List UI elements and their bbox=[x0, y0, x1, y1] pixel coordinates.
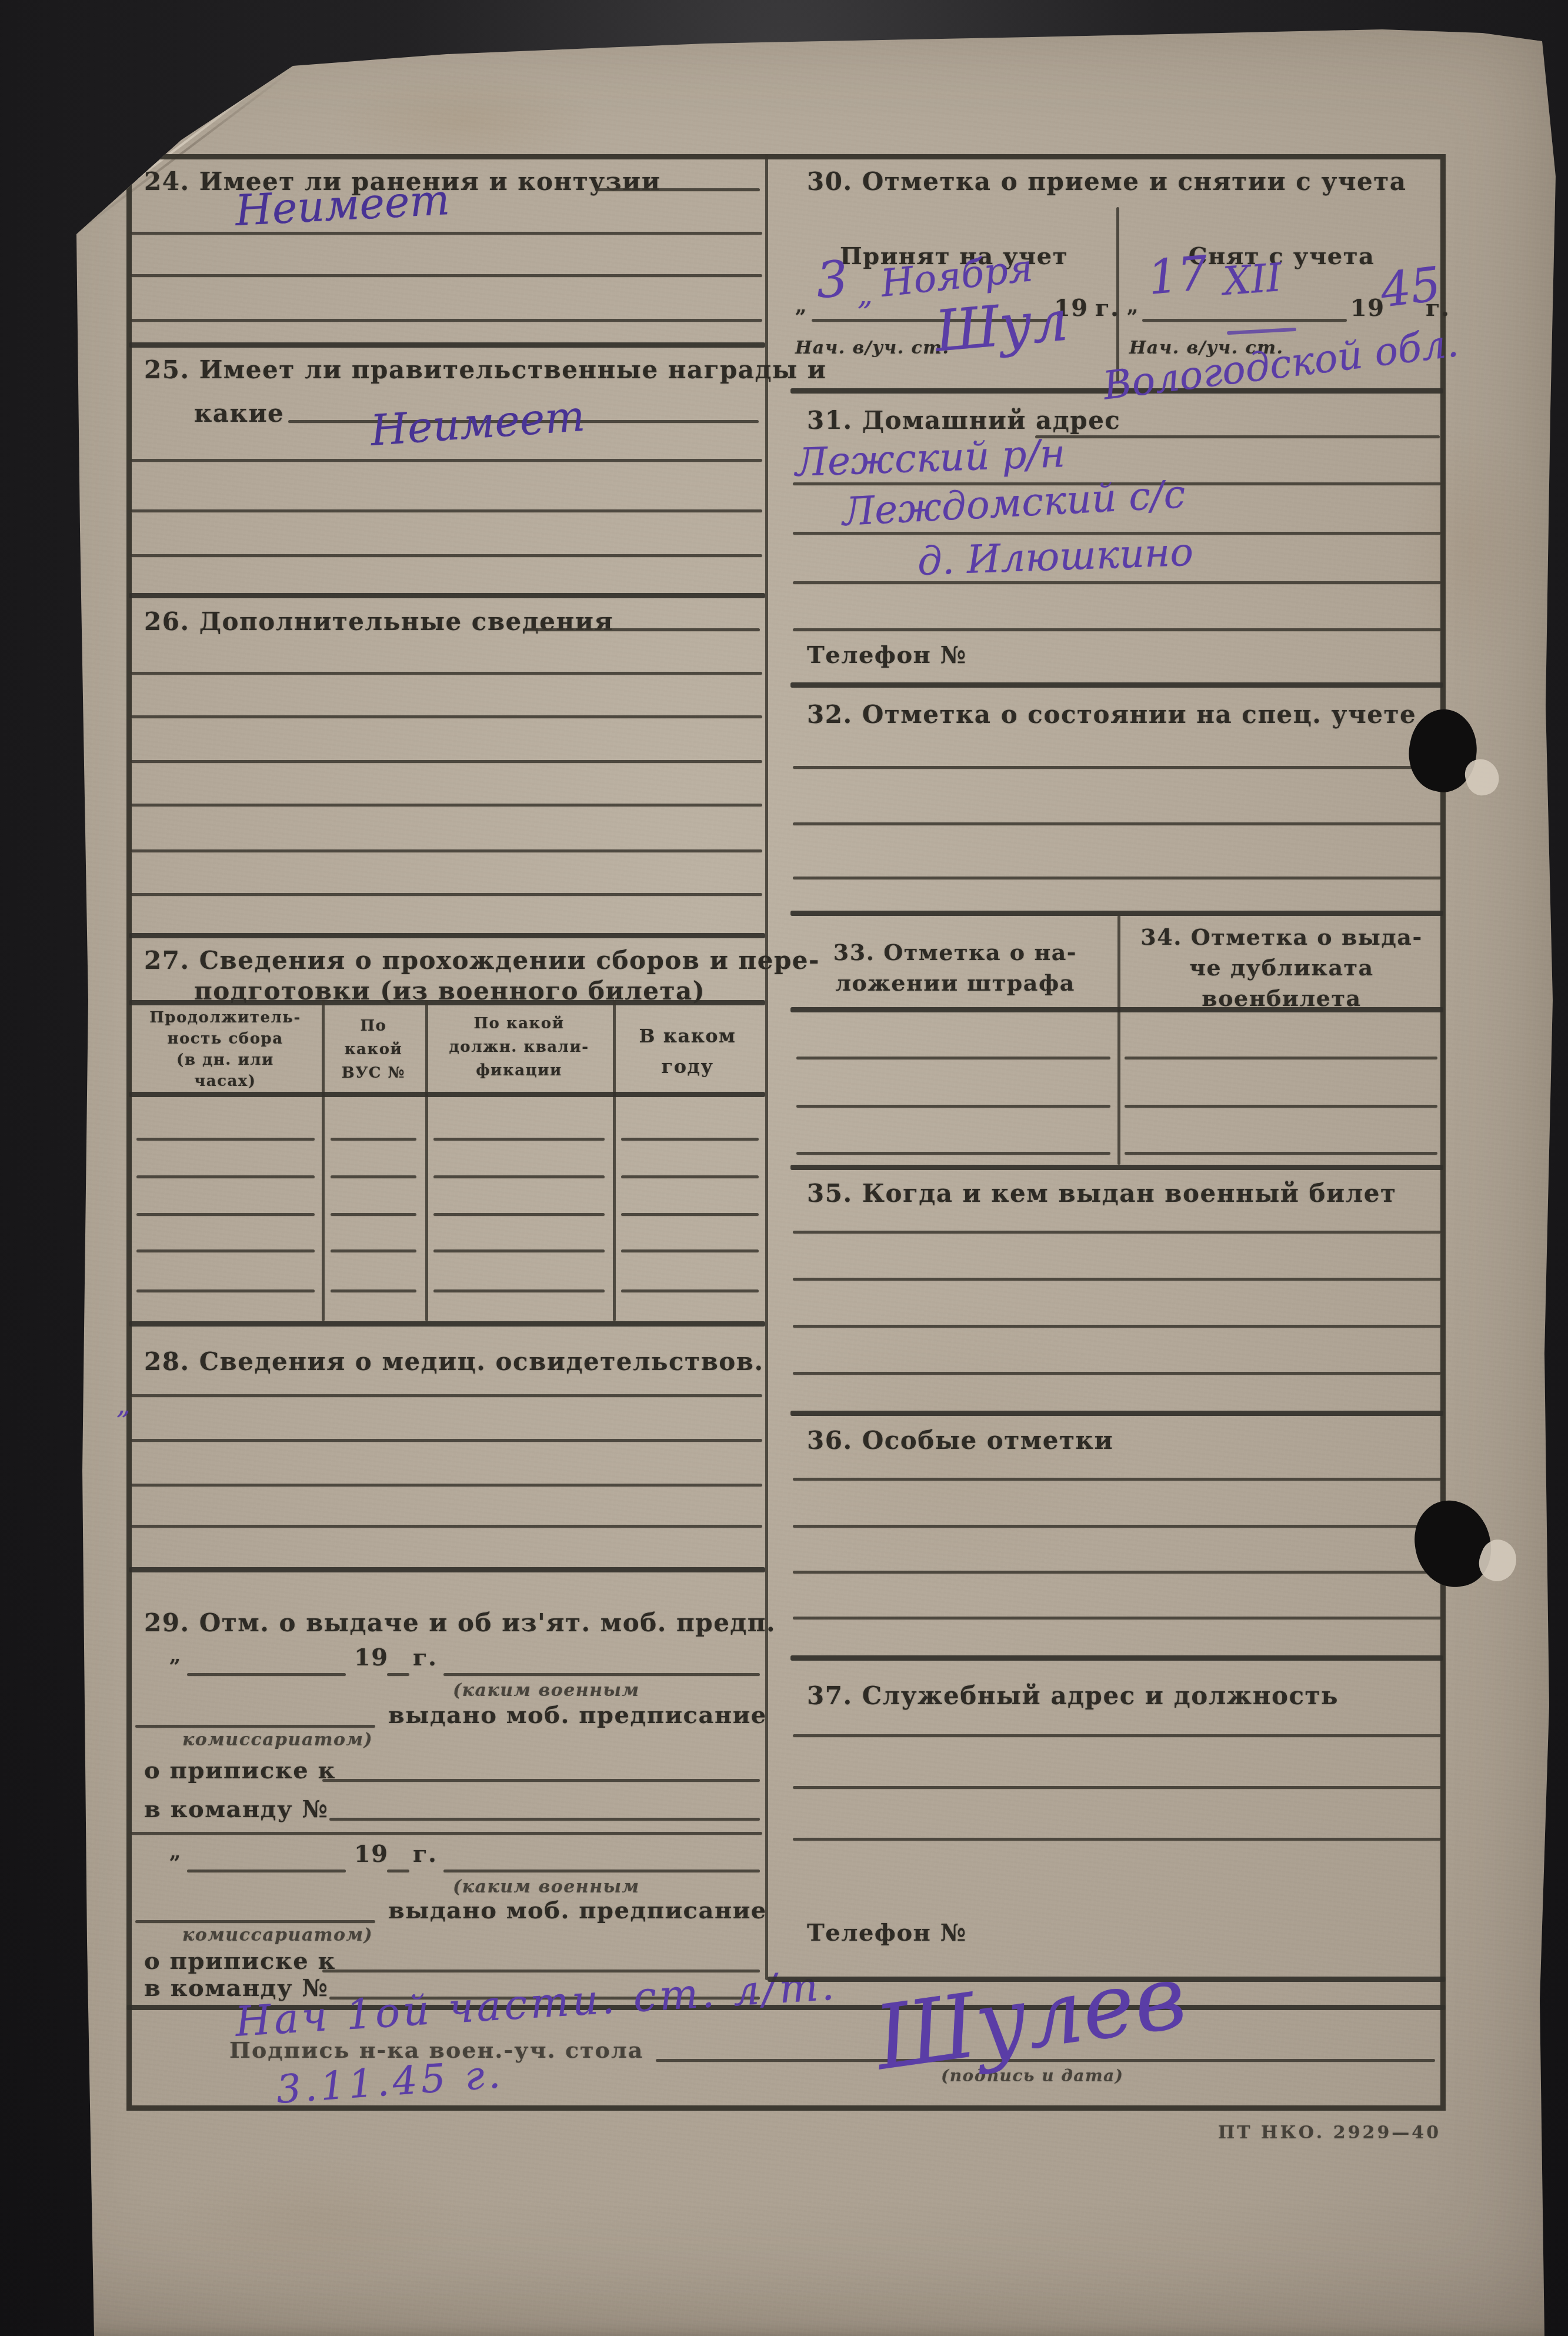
section-34-title-line1: 34. Отметка о выда- bbox=[1122, 924, 1441, 950]
section-25-title-line2: какие bbox=[194, 399, 284, 428]
year-prefix: 19 bbox=[1350, 294, 1385, 322]
handwriting-address-village: д. Илюшкино bbox=[917, 529, 1195, 584]
fill-line bbox=[387, 1870, 409, 1872]
rule-line bbox=[131, 760, 762, 763]
fill-line bbox=[595, 188, 760, 191]
section-35-title: 35. Когда и кем выдан военный билет bbox=[807, 1179, 1397, 1208]
table-row-line bbox=[621, 1289, 759, 1292]
table-col1-header: Продолжитель- bbox=[131, 1007, 320, 1028]
table-row-line bbox=[331, 1175, 416, 1178]
issued-by-hint-bottom: комиссариатом) bbox=[182, 1729, 373, 1750]
table-row-line bbox=[796, 1105, 1110, 1108]
handwriting-accepted-day: 3 bbox=[815, 249, 850, 309]
print-shop-code: ПТ НКО. 2929—40 bbox=[1206, 2122, 1441, 2143]
fill-line bbox=[135, 1725, 375, 1728]
table-row-line bbox=[796, 1152, 1110, 1155]
rule-line bbox=[131, 804, 762, 807]
rule-line bbox=[793, 1325, 1441, 1328]
table-row-line bbox=[331, 1289, 416, 1292]
rule-line bbox=[793, 766, 1441, 769]
rule-line bbox=[131, 459, 762, 462]
table-bottom-line bbox=[129, 1321, 765, 1327]
handwriting-removed-month: XII bbox=[1222, 255, 1283, 304]
handwriting-accepted-signature: Шул bbox=[932, 287, 1070, 364]
section-divider-line bbox=[790, 1165, 1443, 1170]
section-divider-line bbox=[790, 1655, 1443, 1661]
rule-line bbox=[793, 877, 1441, 879]
fill-line bbox=[1035, 435, 1440, 438]
section-divider-line bbox=[768, 1977, 1446, 1982]
year-suffix: г. bbox=[413, 1644, 437, 1671]
rule-line bbox=[131, 1394, 762, 1397]
rule-line bbox=[793, 1571, 1441, 1574]
rule-line bbox=[131, 672, 762, 675]
table-header-top-line bbox=[129, 1000, 765, 1005]
rule-line bbox=[131, 715, 762, 718]
rule-line bbox=[793, 822, 1441, 825]
rule-line bbox=[131, 1525, 762, 1528]
rule-line bbox=[793, 1617, 1441, 1619]
paper-sheet: 24. Имеет ли ранения и контузии Неимеет … bbox=[0, 0, 1568, 2336]
table-row-line bbox=[1125, 1105, 1437, 1108]
table-row-line bbox=[1125, 1152, 1437, 1155]
handwriting-quote: „ bbox=[858, 278, 873, 312]
table-row-line bbox=[136, 1175, 315, 1178]
section-36-title: 36. Особые отметки bbox=[807, 1426, 1113, 1455]
table-col1-header: часах) bbox=[131, 1071, 320, 1092]
rule-line bbox=[793, 581, 1441, 584]
section-33-34-divider bbox=[1117, 915, 1120, 1165]
section-divider-line bbox=[129, 1567, 765, 1572]
issued-by-hint-bottom: комиссариатом) bbox=[182, 1925, 373, 1945]
table-row-line bbox=[136, 1138, 315, 1141]
table-row-line bbox=[796, 1057, 1110, 1059]
table-col2-header: По bbox=[323, 1015, 424, 1037]
table-col1-header: (в дн. или bbox=[131, 1049, 320, 1071]
section-26-title: 26. Дополнительные сведения bbox=[144, 607, 613, 636]
section-divider-line bbox=[129, 933, 765, 938]
section-30-title: 30. Отметка о приеме и снятии с учета bbox=[807, 167, 1407, 196]
table-row-line bbox=[331, 1138, 416, 1141]
handwriting-address-district: Лежский р/н bbox=[795, 431, 1066, 485]
fill-line bbox=[329, 1818, 760, 1821]
fill-line bbox=[443, 1870, 760, 1872]
rule-line bbox=[131, 893, 762, 896]
fill-line bbox=[1142, 319, 1347, 322]
rule-line bbox=[793, 1786, 1441, 1789]
block-divider-line bbox=[131, 1832, 762, 1835]
section-divider-line bbox=[790, 1411, 1443, 1416]
officer-label: Нач. в/уч. ст. bbox=[795, 338, 950, 358]
table-col2-header: какой bbox=[323, 1039, 424, 1060]
rule-line bbox=[131, 319, 762, 322]
year-suffix: г. bbox=[413, 1840, 437, 1868]
rule-line bbox=[793, 1525, 1441, 1528]
handwriting-removed-year: 45 bbox=[1377, 256, 1443, 318]
table-row-line bbox=[331, 1213, 416, 1216]
table-row-line bbox=[136, 1249, 315, 1252]
year-prefix: 19 bbox=[354, 1840, 389, 1868]
table-row-line bbox=[621, 1175, 759, 1178]
fill-line bbox=[525, 628, 760, 631]
handwriting-removed-day: 17 bbox=[1146, 245, 1210, 305]
table-col4-header: году bbox=[614, 1052, 761, 1081]
section-31-title: 31. Домашний адрес bbox=[807, 406, 1120, 435]
fill-line bbox=[443, 1673, 760, 1676]
fill-line bbox=[187, 1673, 346, 1676]
rule-line bbox=[131, 554, 762, 557]
paper-stain bbox=[165, 2153, 471, 2282]
section-divider-line bbox=[790, 911, 1443, 916]
table-col3-header: должн. квали- bbox=[426, 1037, 612, 1058]
section-37-title: 37. Служебный адрес и должность bbox=[807, 1681, 1339, 1710]
section-33-title-line2: ложении штрафа bbox=[796, 969, 1114, 996]
table-row-line bbox=[1125, 1057, 1437, 1059]
section-divider-line bbox=[129, 342, 765, 348]
fill-line bbox=[135, 1920, 375, 1923]
fill-line bbox=[322, 1779, 760, 1782]
rule-line bbox=[131, 274, 762, 277]
issued-by-hint-top: (каким военным bbox=[453, 1680, 640, 1701]
table-row-line bbox=[433, 1249, 605, 1252]
rule-line bbox=[793, 1838, 1441, 1841]
scanned-military-record-card: 24. Имеет ли ранения и контузии Неимеет … bbox=[0, 0, 1568, 2336]
fill-line bbox=[387, 1673, 409, 1676]
table-row-line bbox=[621, 1138, 759, 1141]
attach-label: о приписке к bbox=[144, 1947, 336, 1975]
table-col4-header: В каком bbox=[614, 1021, 761, 1051]
section-28-title: 28. Сведения о медиц. освидетельствов. bbox=[144, 1347, 764, 1376]
year-suffix: г. bbox=[1095, 294, 1119, 322]
open-quote: „ bbox=[169, 1840, 182, 1864]
rule-line bbox=[793, 1734, 1441, 1737]
open-quote: „ bbox=[795, 294, 808, 318]
section-divider-line bbox=[790, 682, 1443, 688]
rule-line bbox=[131, 1439, 762, 1442]
rule-line bbox=[131, 1484, 762, 1487]
section-32-title: 32. Отметка о состоянии на спец. учете bbox=[807, 700, 1416, 729]
table-col1-header: ность сбора bbox=[131, 1028, 320, 1049]
rule-line bbox=[793, 628, 1441, 631]
table-row-line bbox=[621, 1213, 759, 1216]
rule-line bbox=[131, 232, 762, 235]
issued-note: выдано моб. предписание bbox=[388, 1897, 767, 1924]
attach-label: о приписке к bbox=[144, 1757, 336, 1784]
rule-line bbox=[793, 1278, 1441, 1281]
section-divider-line bbox=[129, 593, 765, 598]
section-29-title: 29. Отм. о выдаче и об из'ят. моб. предп… bbox=[144, 1608, 776, 1637]
section-33-title-line1: 33. Отметка о на- bbox=[796, 939, 1114, 965]
table-header-bottom-line bbox=[129, 1092, 765, 1097]
issued-note: выдано моб. предписание bbox=[388, 1701, 767, 1729]
table-row-line bbox=[621, 1249, 759, 1252]
table-col3-header: По какой bbox=[426, 1013, 612, 1034]
rule-line bbox=[131, 849, 762, 852]
table-row-line bbox=[136, 1213, 315, 1216]
table-row-line bbox=[433, 1289, 605, 1292]
year-prefix: 19 bbox=[354, 1644, 389, 1671]
table-row-line bbox=[433, 1213, 605, 1216]
handwriting-margin-mark: „ bbox=[116, 1388, 131, 1420]
phone-label: Телефон № bbox=[807, 1919, 967, 1947]
issued-by-hint-top: (каким военным bbox=[453, 1877, 640, 1897]
section-25-title-line1: 25. Имеет ли правительственные награды и bbox=[144, 355, 826, 384]
table-row-line bbox=[136, 1289, 315, 1292]
rule-line bbox=[793, 1231, 1441, 1234]
phone-label: Телефон № bbox=[807, 641, 967, 669]
table-col3-header: фикации bbox=[426, 1060, 612, 1081]
section-34-title-line2: че дубликата bbox=[1122, 954, 1441, 981]
table-row-line bbox=[433, 1175, 605, 1178]
rule-line bbox=[131, 509, 762, 512]
open-quote: „ bbox=[169, 1644, 182, 1667]
table-header-bottom-line bbox=[790, 1007, 1443, 1012]
table-col2-header: ВУС № bbox=[323, 1062, 424, 1084]
section-27-title-line1: 27. Сведения о прохождении сборов и пере… bbox=[144, 946, 820, 975]
rule-line bbox=[793, 1478, 1441, 1481]
rule-line bbox=[793, 1372, 1441, 1375]
team-label: в команду № bbox=[144, 1795, 328, 1823]
open-quote: „ bbox=[1127, 294, 1139, 318]
table-row-line bbox=[433, 1138, 605, 1141]
table-row-line bbox=[331, 1249, 416, 1252]
fill-line bbox=[187, 1870, 346, 1872]
